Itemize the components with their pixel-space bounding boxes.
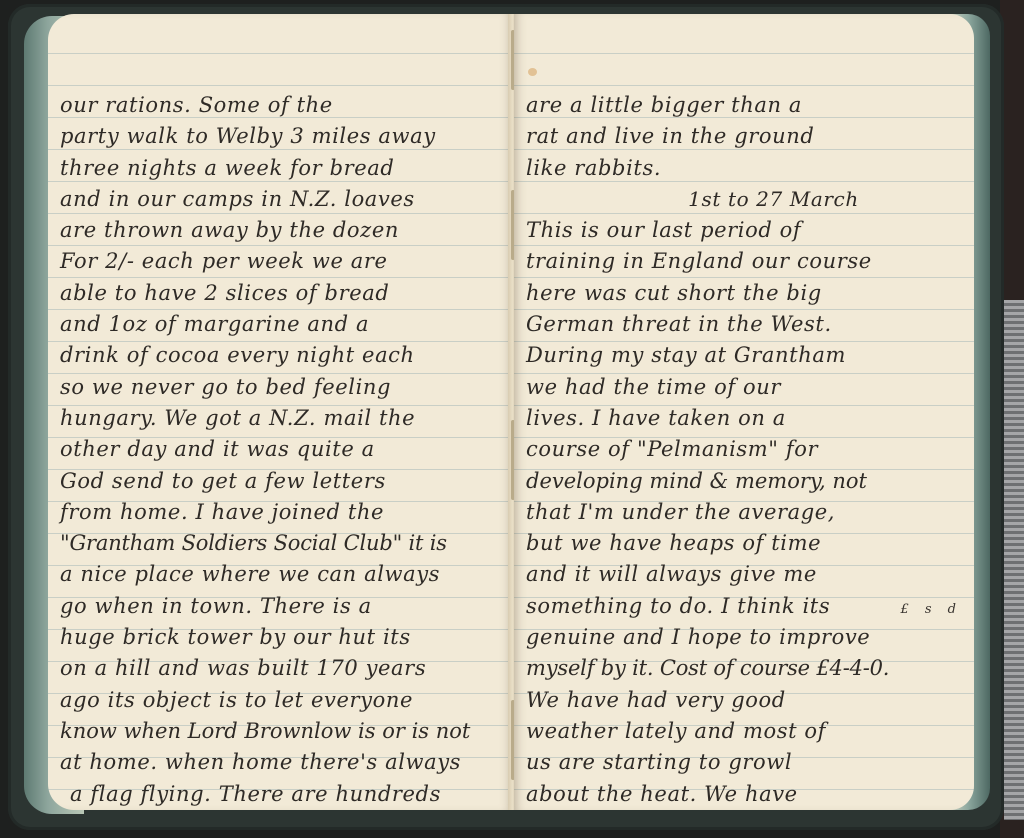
handwritten-line: but we have heaps of time xyxy=(526,528,971,559)
handwritten-line: training in England our course xyxy=(526,246,971,277)
handwritten-line: weather lately and most of xyxy=(526,716,971,747)
handwritten-line: During my stay at Grantham xyxy=(526,340,971,371)
left-page: our rations. Some of the party walk to W… xyxy=(48,14,512,810)
handwritten-line: course of "Pelmanism" for xyxy=(526,434,971,465)
handwritten-line: three nights a week for bread xyxy=(60,153,510,184)
handwritten-line: and 1oz of margarine and a xyxy=(60,309,510,340)
currency-annotation: £ s d xyxy=(900,602,962,617)
handwritten-line: at home. when home there's always xyxy=(60,747,510,778)
handwritten-line: from home. I have joined the xyxy=(60,497,510,528)
handwritten-line: here was cut short the big xyxy=(526,278,971,309)
handwritten-line: myself by it. Cost of course £4-4-0. xyxy=(526,653,971,684)
date-heading: 1st to 27 March xyxy=(526,184,971,215)
handwritten-line: on a hill and was built 170 years xyxy=(60,653,510,684)
handwritten-line: are thrown away by the dozen xyxy=(60,215,510,246)
handwritten-line: We have had very good xyxy=(526,685,971,716)
right-page-text: are a little bigger than a rat and live … xyxy=(526,90,971,810)
ink-stain xyxy=(528,68,537,76)
handwritten-line: God send to get a few letters xyxy=(60,466,510,497)
left-page-text: our rations. Some of the party walk to W… xyxy=(60,90,510,810)
handwritten-line: hungary. We got a N.Z. mail the xyxy=(60,403,510,434)
handwritten-line: This is our last period of xyxy=(526,215,971,246)
handwritten-line: that I'm under the average, xyxy=(526,497,971,528)
handwritten-line: drink of cocoa every night each xyxy=(60,340,510,371)
notebook-photo: our rations. Some of the party walk to W… xyxy=(0,0,1024,838)
handwritten-line: and in our camps in N.Z. loaves xyxy=(60,184,510,215)
handwritten-line: other day and it was quite a xyxy=(60,434,510,465)
handwritten-line: go when in town. There is a xyxy=(60,591,510,622)
handwritten-line: our rations. Some of the xyxy=(60,90,510,121)
handwritten-line: German threat in the West. xyxy=(526,309,971,340)
handwritten-line: party walk to Welby 3 miles away xyxy=(60,121,510,152)
handwritten-line: we had the time of our xyxy=(526,372,971,403)
handwritten-line: about the heat. We have xyxy=(526,779,971,810)
handwritten-line: and it will always give me xyxy=(526,559,971,590)
handwritten-line: able to have 2 slices of bread xyxy=(60,278,510,309)
handwritten-line: rat and live in the ground xyxy=(526,121,971,152)
handwritten-line: ago its object is to let everyone xyxy=(60,685,510,716)
handwritten-line: developing mind & memory, not xyxy=(526,466,971,497)
handwritten-line: a nice place where we can always xyxy=(60,559,510,590)
handwritten-line: so we never go to bed feeling xyxy=(60,372,510,403)
handwritten-line: genuine and I hope to improve xyxy=(526,622,971,653)
background-striped-fabric xyxy=(1004,300,1024,820)
handwritten-line: like rabbits. xyxy=(526,153,971,184)
handwritten-line: lives. I have taken on a xyxy=(526,403,971,434)
handwritten-line: huge brick tower by our hut its xyxy=(60,622,510,653)
handwritten-line: "Grantham Soldiers Social Club" it is xyxy=(60,528,510,559)
handwritten-line: are a little bigger than a xyxy=(526,90,971,121)
handwritten-line: know when Lord Brownlow is or is not xyxy=(60,716,510,747)
handwritten-line: For 2/- each per week we are xyxy=(60,246,510,277)
right-page: are a little bigger than a rat and live … xyxy=(514,14,974,810)
handwritten-line: us are starting to growl xyxy=(526,747,971,778)
handwritten-line: a flag flying. There are hundreds xyxy=(60,779,510,810)
